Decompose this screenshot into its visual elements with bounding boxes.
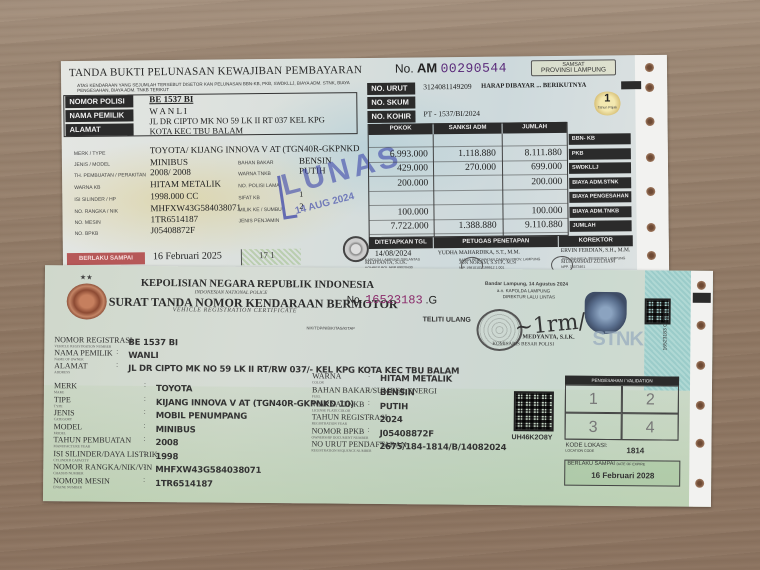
sifat-label: SIFAT KB — [238, 195, 260, 201]
pokok-value: 6.993.000 — [370, 149, 428, 160]
field-label: ALAMATADDRESS — [54, 361, 87, 374]
perforation-hole — [697, 281, 706, 290]
payment-proof-title: TANDA BUKTI PELUNASAN KEWAJIBAN PEMBAYAR… — [69, 64, 362, 79]
perforation-hole — [646, 153, 655, 162]
berlaku-sub: DATE OF EXPIRE — [616, 462, 645, 466]
bahan-bakar-label: BAHAN BAKAR — [238, 160, 274, 166]
marker-block — [693, 293, 711, 303]
bpkb-label: NO. BPKB — [75, 231, 99, 237]
field-label: NOMOR BPKBOWNERSHIP DOCUMENT NUMBER — [312, 426, 369, 439]
qr-code-text: UH46K2O8Y — [512, 434, 553, 441]
field-label-text: MERK — [54, 381, 77, 390]
jumlah-value: 100.000 — [504, 205, 562, 216]
colon: : — [144, 395, 146, 402]
perforated-strip — [689, 271, 713, 507]
category-label: BIAYA ADM.TNKB — [569, 206, 631, 218]
field-label: NOMOR MESINENGINE NUMBER — [53, 476, 110, 489]
mesin-value: 1TR6514187 — [150, 214, 198, 224]
field-value: MOBIL PENUMPANG — [156, 411, 247, 422]
sanksi-value: 1.118.880 — [436, 148, 496, 159]
korektor-label: KOREKTOR — [559, 235, 633, 247]
field-value: 1TR6514187 — [155, 479, 213, 490]
field-label: ISI SILINDER/DAYA LISTRIKCYLINDER CAPACI… — [53, 449, 157, 463]
field-label-sub: ENGINE NUMBER — [53, 485, 110, 489]
isi-silinder-value: 1998.000 CC — [150, 191, 198, 202]
no-urut-label: NO. URUT — [367, 82, 415, 95]
colon: : — [368, 372, 370, 379]
receipt-number: No. AM 00290544 — [395, 60, 507, 77]
berlaku-label: BERLAKU SAMPAI — [67, 252, 145, 265]
jenis-penjamin-label: JENIS PENJAMIN — [239, 218, 280, 224]
perforation-hole — [645, 63, 654, 72]
col-pokok: POKOK — [369, 123, 433, 135]
field-label-sub: COLOR — [312, 380, 341, 384]
field-label: TAHUN PEMBUATANMANUFACTURE YEAR — [53, 435, 131, 449]
field-label-sub: TYPE — [54, 404, 71, 408]
alamat-line2: KOTA KEC TBU BALAM — [150, 125, 243, 136]
bpkb-value: J05408872F — [151, 225, 196, 235]
warna-value: HITAM METALIK — [150, 179, 221, 190]
sanksi-value: 270.000 — [436, 163, 496, 174]
colon: : — [144, 409, 146, 416]
samsat-badge: SAMSAT PROVINSI LAMPUNG — [531, 59, 616, 76]
field-label: TAHUN REGISTRASIREGISTRATION YEAR — [312, 412, 388, 426]
serial-suffix: .G — [425, 294, 437, 306]
field-label: BAHAN BAKAR/SUMBER ENERGIFUEL — [312, 385, 437, 399]
field-value: J05408872F — [380, 429, 434, 439]
category-label: BIAYA PENGESAHAN — [569, 191, 631, 203]
category-label: SWDKLLJ — [569, 162, 631, 174]
jumlah-value: 699.000 — [504, 162, 562, 173]
field-label-text: ALAMAT — [54, 361, 87, 370]
petugas-value: YUDHA MAHARDIKA, S.T., M.M. — [438, 249, 520, 256]
nomor-polisi-value: BE 1537 BI — [149, 94, 193, 104]
perforation-hole — [696, 361, 705, 370]
nomor-polisi-label: NOMOR POLISI — [65, 95, 133, 108]
pokok-value: 429.000 — [370, 163, 428, 174]
colon: : — [143, 463, 145, 470]
korektor-value: ERVIN FERDIAN, S.H., M.M. — [561, 247, 630, 254]
field-value: TOYOTA — [156, 384, 192, 394]
validation-cell: 1 — [565, 385, 622, 413]
colon: : — [367, 440, 369, 447]
no-kohir-label: NO. KOHIR — [367, 110, 415, 123]
field-value: 2675/184-1814/B/14082024 — [379, 442, 506, 453]
field-label-text: NOMOR BPKB — [312, 426, 365, 435]
issuer-line1: a.n. KAPOLDA LAMPUNG — [497, 288, 550, 293]
no-skum-label: NO. SKUM — [367, 96, 415, 109]
field-value: WANLI — [128, 351, 158, 361]
berlaku-label: BERLAKU SAMPAI DATE OF EXPIRE — [567, 461, 645, 468]
pokok-value: 100.000 — [370, 207, 428, 218]
field-value: 1998 — [155, 452, 178, 462]
petugas-label: PETUGAS PENETAPAN — [434, 236, 558, 248]
rangka-value: MHFXW43G584038071 — [150, 202, 241, 213]
field-label: TIPETYPE — [54, 395, 71, 408]
kode-lokasi-value: 1814 — [626, 446, 644, 455]
warna-tnkb-label: WARNA TNKB — [238, 171, 271, 177]
jumlah-value: 9.110.880 — [505, 220, 563, 231]
mesin-label: NO. MESIN — [75, 220, 101, 226]
jenis-model-label: JENIS / MODEL — [74, 162, 110, 168]
serial-label: No. — [347, 295, 363, 306]
perforation-hole — [647, 251, 656, 260]
validation-cell: 3 — [565, 412, 622, 440]
jumlah-value: 8.111.880 — [504, 147, 562, 158]
colon: : — [143, 476, 145, 483]
colon: : — [143, 436, 145, 443]
field-value: BE 1537 BI — [128, 338, 178, 348]
perforation-hole — [646, 187, 655, 196]
payment-notice: HARAP DIBAYAR ... BERIKUTNYA — [481, 82, 586, 90]
issued-place-date: Bandar Lampung, 14 Agustus 2024 — [485, 281, 568, 288]
warna-label: WARNA KB — [74, 185, 100, 191]
field-label-text: WARNA — [312, 371, 341, 380]
field-value: 2008 — [155, 438, 178, 448]
berlaku-title: BERLAKU SAMPAI — [567, 461, 615, 467]
merk-type-label: MERK / TYPE — [74, 151, 106, 157]
issuer-line2: DIREKTUR LALU LINTAS — [503, 294, 555, 299]
no-urut-value: 3124081149209 — [423, 82, 472, 92]
perforation-hole — [696, 401, 705, 410]
field-label: NAMA PEMILIKNAME OF OWNER — [54, 348, 113, 362]
no-kohir-value: PT - 1537/BI/2024 — [423, 109, 480, 119]
serial-number: 16523183 — [365, 293, 423, 308]
pokok-value: 200.000 — [370, 178, 428, 189]
perforation-hole — [695, 479, 704, 488]
tax-year-caption: Tahun Pajak — [593, 105, 621, 109]
field-value: 2024 — [380, 415, 403, 425]
perforation-hole — [695, 439, 704, 448]
field-label-text: ISI SILINDER/DAYA LISTRIK — [53, 449, 157, 459]
jumlah-value: 200.000 — [504, 176, 562, 187]
field-label: MODELMODEL — [54, 422, 83, 435]
nik-label: NIK/TDP/NIB/KITAS/KITAP — [306, 325, 354, 330]
samsat-line2: PROVINSI LAMPUNG — [532, 67, 615, 74]
field-label: WARNA TNKBLICENSE PLATE COLOR — [312, 399, 365, 412]
side-serial: 16523183 G 2023 — [662, 310, 668, 350]
colon: : — [144, 382, 146, 389]
issuer-rank: KOMISARIS BESAR POLISI — [492, 342, 554, 348]
stamp-number: 17 1 — [259, 250, 275, 260]
colon: : — [368, 386, 370, 393]
tax-year-number: 1 — [593, 91, 621, 105]
stnk-serial: No. 16523183 .G — [347, 293, 437, 308]
rangka-label: NO. RANGKA / NIK — [74, 209, 118, 215]
teliti-ulang: TELITI ULANG — [423, 316, 471, 323]
validation-cell: 2 — [622, 385, 679, 413]
milik-label: MILIK KE / SUMBU — [238, 207, 281, 213]
ditetapkan-label: DITETAPKAN TGL — [369, 237, 433, 249]
validation-cell: 4 — [622, 413, 679, 441]
stnk-agency: KEPOLISIAN NEGARA REPUBLIK INDONESIA — [141, 278, 374, 291]
colon: : — [116, 349, 118, 356]
field-label-text: JENIS — [54, 408, 75, 417]
colon: : — [116, 362, 118, 369]
field-value: MHFXW43G584038071 — [155, 465, 261, 476]
perforation-hole — [647, 223, 656, 232]
field-label: JENISCATEGORY — [54, 408, 75, 421]
colon: : — [368, 413, 370, 420]
colon: : — [144, 422, 146, 429]
field-label: NOMOR REGISTRASIVEHICLE REGISTRATION NUM… — [54, 335, 132, 349]
colon: : — [143, 449, 145, 456]
stnk-title-en: VEHICLE REGISTRATION CERTIFICATE — [173, 307, 297, 314]
field-value: MINIBUS — [156, 425, 196, 435]
category-label: BBN- KB — [569, 133, 631, 145]
field-label-text: WARNA TNKB — [312, 399, 365, 408]
nama-pemilik-label: NAMA PEMILIK — [65, 109, 133, 122]
field-label-text: NAMA PEMILIK — [54, 348, 113, 358]
police-emblem-icon — [67, 283, 107, 319]
ditetapkan-value: 14/08/2024 — [375, 249, 412, 258]
sanksi-value: 1.388.880 — [437, 221, 497, 232]
qr-code-icon — [514, 391, 554, 431]
polisi-lama-label: NO. POLISI LAMA — [238, 183, 279, 189]
payment-proof-document: TANDA BUKTI PELUNASAN KEWAJIBAN PEMBAYAR… — [61, 55, 669, 279]
field-value: BENSIN — [380, 388, 415, 398]
receipt-number-label: No. — [395, 61, 414, 75]
field-label: NOMOR RANGKA/NIK/VINCHASSIS NUMBER — [53, 462, 152, 476]
tahun-label: TH. PEMBUATAN / PERAKITAN — [74, 172, 146, 179]
field-label-sub: ADDRESS — [54, 370, 87, 374]
tahun-value: 2008/ 2008 — [150, 167, 191, 177]
colon: : — [368, 399, 370, 406]
receipt-prefix: AM — [417, 60, 437, 75]
field-label: WARNACOLOR — [312, 371, 341, 384]
stnk-document: ★★ KEPOLISIAN NEGARA REPUBLIK INDONESIA … — [43, 265, 713, 507]
alamat-label: ALAMAT — [66, 123, 134, 136]
category-label: PKB — [569, 148, 631, 160]
perforation-hole — [697, 321, 706, 330]
colon: : — [368, 426, 370, 433]
category-label: BIAYA ADM.STNK — [569, 177, 631, 189]
nama-pemilik-value: W A N L I — [149, 106, 187, 116]
stnk-watermark: STNK — [592, 328, 643, 351]
issuer-name: MEDYANTA, S.I.K. — [522, 334, 574, 340]
berlaku-value: 16 Februari 2025 — [153, 251, 222, 263]
star-icon: ★★ — [80, 273, 93, 281]
isi-silinder-label: ISI SILINDER / HP — [74, 197, 116, 203]
field-label-text: MODEL — [54, 422, 83, 431]
col-jumlah: JUMLAH — [503, 122, 567, 134]
perforation-hole — [645, 117, 654, 126]
kode-lokasi-label: KODE LOKASI: LOCATION CODE — [565, 443, 607, 453]
colon: : — [116, 336, 118, 343]
tax-year-badge: 1 Tahun Pajak — [593, 91, 621, 115]
field-value: HITAM METALIK — [380, 374, 452, 385]
berlaku-value: 16 Februari 2028 — [591, 471, 654, 481]
field-label: MERKMAKE — [54, 381, 77, 394]
receipt-number-value: 00290544 — [440, 61, 507, 77]
field-label-text: NOMOR MESIN — [53, 476, 110, 485]
pokok-value: 7.722.000 — [371, 221, 429, 232]
category-label: JUMLAH — [570, 220, 632, 232]
marker-block — [621, 81, 641, 89]
field-label-text: BAHAN BAKAR/SUMBER ENERGI — [312, 385, 437, 395]
col-sanksi: SANKSI ADM — [434, 123, 502, 135]
field-label-text: TIPE — [54, 395, 71, 404]
kode-lokasi-sub: LOCATION CODE — [565, 449, 607, 453]
perforation-hole — [645, 83, 654, 92]
jenis-model-value: MINIBUS — [150, 157, 188, 167]
field-value: PUTIH — [380, 402, 408, 412]
